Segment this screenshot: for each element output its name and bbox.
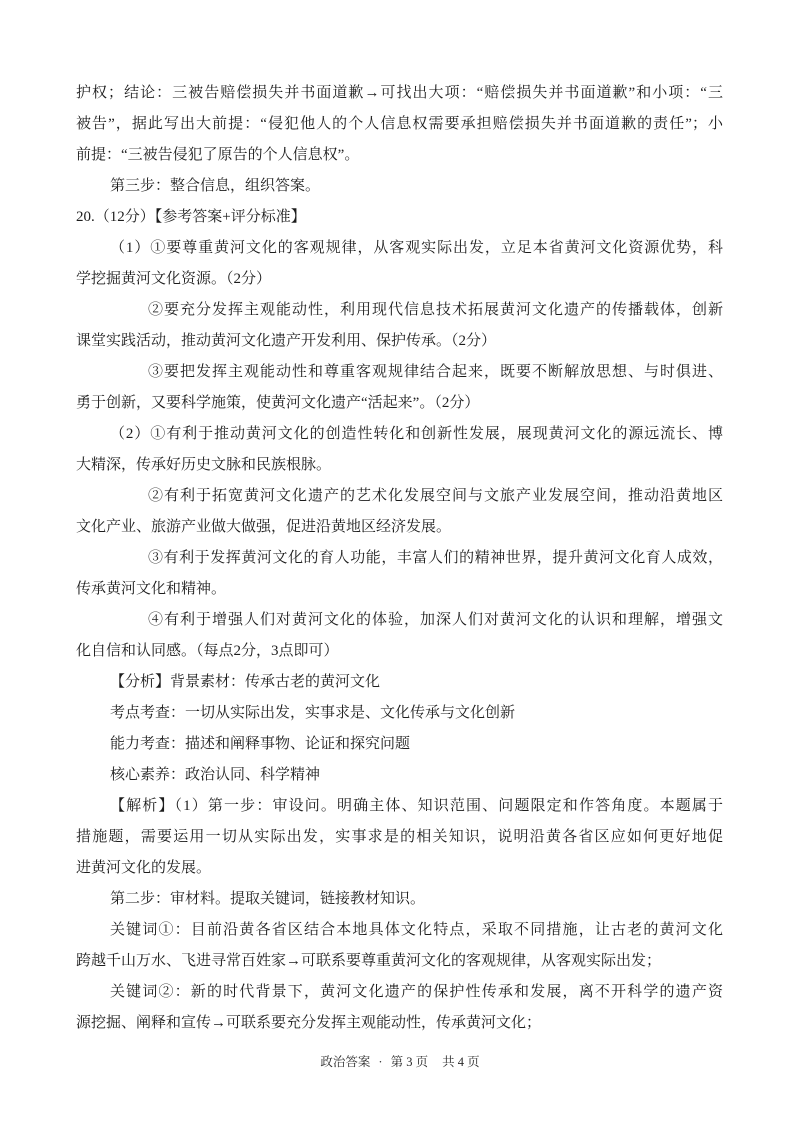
text-line: ②有利于拓宽黄河文化遗产的艺术化发展空间与文旅产业发展空间，推动沿黄地区 bbox=[76, 481, 723, 512]
text-line: 前提：“三被告侵犯了原告的个人信息权”。 bbox=[76, 140, 723, 171]
text-line: 第三步：整合信息，组织答案。 bbox=[76, 171, 723, 202]
text-line: 源挖掘、阐释和宣传→可联系要充分发挥主观能动性，传承黄河文化； bbox=[76, 1008, 723, 1039]
text-line: （1）①要尊重黄河文化的客观规律，从客观实际出发，立足本省黄河文化资源优势，科 bbox=[76, 233, 723, 264]
text-line: 文化产业、旅游产业做大做强，促进沿黄地区经济发展。 bbox=[76, 512, 723, 543]
text-line: 【分析】背景素材：传承古老的黄河文化 bbox=[76, 667, 723, 698]
text-line: 进黄河文化的发展。 bbox=[76, 853, 723, 884]
text-line: 课堂实践活动，推动黄河文化遗产开发利用、保护传承。（2分） bbox=[76, 326, 723, 357]
text-line: 护权；结论：三被告赔偿损失并书面道歉→可找出大项：“赔偿损失并书面道歉”和小项：… bbox=[76, 78, 723, 109]
text-line: 传承黄河文化和精神。 bbox=[76, 574, 723, 605]
text-line: 第二步：审材料。提取关键词，链接教材知识。 bbox=[76, 884, 723, 915]
footer-page-total: 共 4 页 bbox=[442, 1053, 480, 1071]
text-line: 考点考查：一切从实际出发，实事求是、文化传承与文化创新 bbox=[76, 698, 723, 729]
text-line: 关键词①：目前沿黄各省区结合本地具体文化特点，采取不同措施，让古老的黄河文化 bbox=[76, 915, 723, 946]
text-line: 被告”，据此写出大前提：“侵犯他人的个人信息权需要承担赔偿损失并书面道歉的责任”… bbox=[76, 109, 723, 140]
text-line: 化自信和认同感。（每点2分，3点即可） bbox=[76, 636, 723, 667]
text-line: 【解析】（1）第一步：审设问。明确主体、知识范围、问题限定和作答角度。本题属于 bbox=[76, 791, 723, 822]
footer-page-number: 第 3 页 bbox=[391, 1053, 429, 1071]
document-page: 护权；结论：三被告赔偿损失并书面道歉→可找出大项：“赔偿损失并书面道歉”和小项：… bbox=[0, 0, 800, 1131]
text-line: 能力考查：描述和阐释事物、论证和探究问题 bbox=[76, 729, 723, 760]
footer-doc-title: 政治答案 bbox=[320, 1053, 370, 1071]
text-line: ③要把发挥主观能动性和尊重客观规律结合起来，既要不断解放思想、与时俱进、 bbox=[76, 357, 723, 388]
text-line: （2）①有利于推动黄河文化的创造性转化和创新性发展，展现黄河文化的源远流长、博 bbox=[76, 419, 723, 450]
text-line: ④有利于增强人们对黄河文化的体验，加深人们对黄河文化的认识和理解，增强文 bbox=[76, 605, 723, 636]
text-line: 核心素养：政治认同、科学精神 bbox=[76, 760, 723, 791]
text-line: ③有利于发挥黄河文化的育人功能，丰富人们的精神世界，提升黄河文化育人成效， bbox=[76, 543, 723, 574]
text-line: 跨越千山万水、飞进寻常百姓家→可联系要尊重黄河文化的客观规律，从客观实际出发； bbox=[76, 946, 723, 977]
document-body: 护权；结论：三被告赔偿损失并书面道歉→可找出大项：“赔偿损失并书面道歉”和小项：… bbox=[76, 78, 723, 1039]
text-line: 大精深，传承好历史文脉和民族根脉。 bbox=[76, 450, 723, 481]
text-line: 关键词②：新的时代背景下，黄河文化遗产的保护性传承和发展，离不开科学的遗产资 bbox=[76, 977, 723, 1008]
text-line: ②要充分发挥主观能动性，利用现代信息技术拓展黄河文化遗产的传播载体，创新 bbox=[76, 295, 723, 326]
footer-separator-dot: · bbox=[378, 1053, 382, 1071]
page-footer: 政治答案·第 3 页共 4 页 bbox=[0, 1053, 800, 1071]
text-line: 勇于创新，又要科学施策，使黄河文化遗产“活起来”。（2分） bbox=[76, 388, 723, 419]
text-line: 措施题，需要运用一切从实际出发，实事求是的相关知识，说明沿黄各省区应如何更好地促 bbox=[76, 822, 723, 853]
text-line: 20.（12分）【参考答案+评分标准】 bbox=[76, 202, 723, 233]
text-line: 学挖掘黄河文化资源。（2分） bbox=[76, 264, 723, 295]
